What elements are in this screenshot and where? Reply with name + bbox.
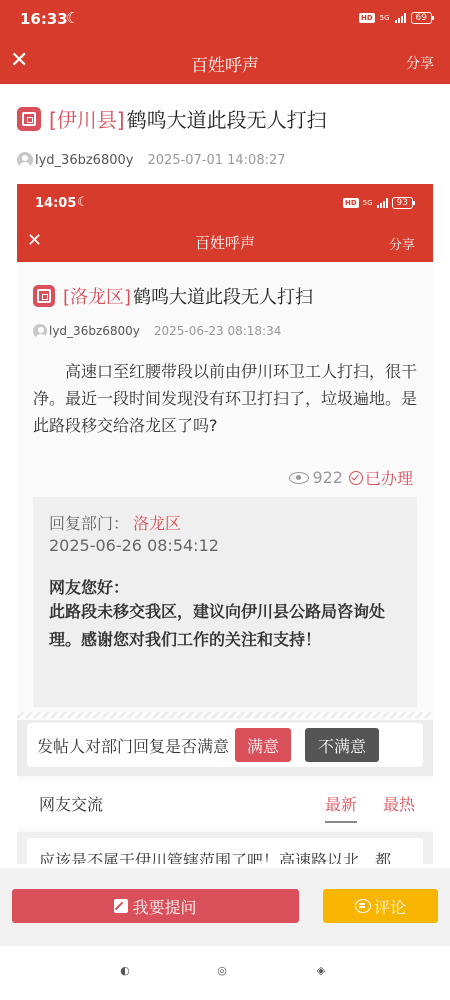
comment-label: 评论 <box>374 895 406 918</box>
reply-dept-row: 回复部门：洛龙区 <box>49 511 401 534</box>
status-badge: 已办理 <box>365 466 413 489</box>
share-button[interactable]: 分享 <box>406 53 434 73</box>
satisfaction-panel: 发帖人对部门回复是否满意 满意 不满意 <box>17 720 433 776</box>
embedded-post-title: 鹤鸣大道此段无人打扫 <box>133 283 313 309</box>
post-title: 鹤鸣大道此段无人打扫 <box>127 104 327 133</box>
unsatisfied-button: 不满意 <box>305 728 379 762</box>
satisfaction-question: 发帖人对部门回复是否满意 <box>37 734 229 757</box>
comments-title: 网友交流 <box>39 792 103 815</box>
system-navigation-bar: ◐ ◎ ◈ <box>0 946 450 1000</box>
comment-item: 应该是不属于伊川管辖范围了吧！高速路以北，都 <box>27 838 423 864</box>
tab-hottest: 最热 <box>383 792 415 815</box>
embedded-post-datetime: 2025-06-23 08:18:34 <box>154 324 281 338</box>
embedded-share-label: 分享 <box>389 234 415 253</box>
ask-question-button[interactable]: 我要提问 <box>12 889 299 923</box>
status-bar: 16:33 ☾ HD 5G 69 <box>0 0 450 40</box>
post-region: [伊川县] <box>49 104 125 133</box>
action-bar: 我要提问 评论 <box>0 868 450 946</box>
avatar-icon <box>33 324 47 338</box>
battery-icon: 93 <box>392 197 413 209</box>
hd-icon: HD <box>343 198 359 208</box>
navbar: ✕ 百姓呼声 分享 <box>0 42 450 82</box>
satisfied-button: 满意 <box>235 728 291 762</box>
post-stats: 922 已办理 <box>289 466 413 489</box>
embedded-header: 14:05 ☾ HD 5G 93 ✕ 百姓呼声 分享 <box>17 184 433 262</box>
embedded-post-meta: lyd_36bz6800y 2025-06-23 08:18:34 <box>33 324 281 338</box>
signal-icon <box>377 198 388 208</box>
reply-datetime: 2025-06-26 08:54:12 <box>49 536 401 555</box>
status-icons: HD 5G 69 <box>359 12 432 24</box>
question-icon <box>33 285 55 307</box>
embedded-screenshot-image: 14:05 ☾ HD 5G 93 ✕ 百姓呼声 分享 [洛龙区] 鹤鸣大道此段无… <box>17 184 433 864</box>
official-reply: 回复部门：洛龙区 2025-06-26 08:54:12 网友您好： 此路段未移… <box>33 497 417 707</box>
avatar-icon <box>17 152 33 168</box>
network-label: 5G <box>380 15 390 22</box>
embedded-status-time: 14:05 <box>35 196 76 211</box>
moon-icon: ☾ <box>66 9 79 27</box>
view-count: 922 <box>312 468 343 487</box>
embedded-status-icons: HD 5G 93 <box>343 197 413 209</box>
embedded-post-username: lyd_36bz6800y <box>49 324 140 338</box>
embedded-title: 百姓呼声 <box>17 232 433 253</box>
comment-bubble-icon <box>355 899 371 913</box>
tab-latest: 最新 <box>325 792 357 823</box>
signal-icon <box>395 13 406 23</box>
hd-icon: HD <box>359 13 375 23</box>
ask-question-label: 我要提问 <box>132 895 196 918</box>
eye-icon <box>289 472 309 484</box>
nav-back-icon[interactable]: ◐ <box>118 964 132 978</box>
zigzag-divider <box>17 712 433 718</box>
post-body: 高速口至红腰带段以前由伊川环卫工人打扫，很干净。最近一段时间发现没有环卫打扫了，… <box>33 358 423 439</box>
satisfaction-card: 发帖人对部门回复是否满意 满意 不满意 <box>27 723 423 767</box>
question-icon <box>17 107 41 131</box>
embedded-post-region: [洛龙区] <box>63 283 131 309</box>
network-label: 5G <box>363 200 373 207</box>
check-circle-icon <box>349 471 363 485</box>
app-header: 16:33 ☾ HD 5G 69 ✕ 百姓呼声 分享 <box>0 0 450 84</box>
nav-home-icon[interactable]: ◎ <box>215 964 229 978</box>
comment-button[interactable]: 评论 <box>323 889 438 923</box>
reply-dept-label: 回复部门： <box>49 514 129 533</box>
reply-dept-name: 洛龙区 <box>133 514 181 533</box>
edit-icon <box>114 899 128 913</box>
page-title: 百姓呼声 <box>0 51 450 76</box>
comment-list: 应该是不属于伊川管辖范围了吧！高速路以北，都 <box>17 832 433 864</box>
reply-body: 此路段未移交我区，建议向伊川县公路局咨询处理。感谢您对我们工作的关注和支持！ <box>49 598 401 654</box>
post-meta: lyd_36bz6800y 2025-07-01 14:08:27 <box>17 152 286 168</box>
nav-recent-icon[interactable]: ◈ <box>314 964 328 978</box>
embedded-post-title-row: [洛龙区] 鹤鸣大道此段无人打扫 <box>33 283 313 309</box>
reply-greeting: 网友您好： <box>49 575 401 598</box>
battery-icon: 69 <box>411 12 432 24</box>
post-username[interactable]: lyd_36bz6800y <box>35 153 133 168</box>
moon-icon: ☾ <box>77 195 89 210</box>
status-time: 16:33 <box>20 10 68 28</box>
post-title-row: [伊川县] 鹤鸣大道此段无人打扫 <box>17 104 327 133</box>
post-datetime: 2025-07-01 14:08:27 <box>147 153 285 168</box>
comments-header: 网友交流 最新 最热 <box>17 780 433 828</box>
